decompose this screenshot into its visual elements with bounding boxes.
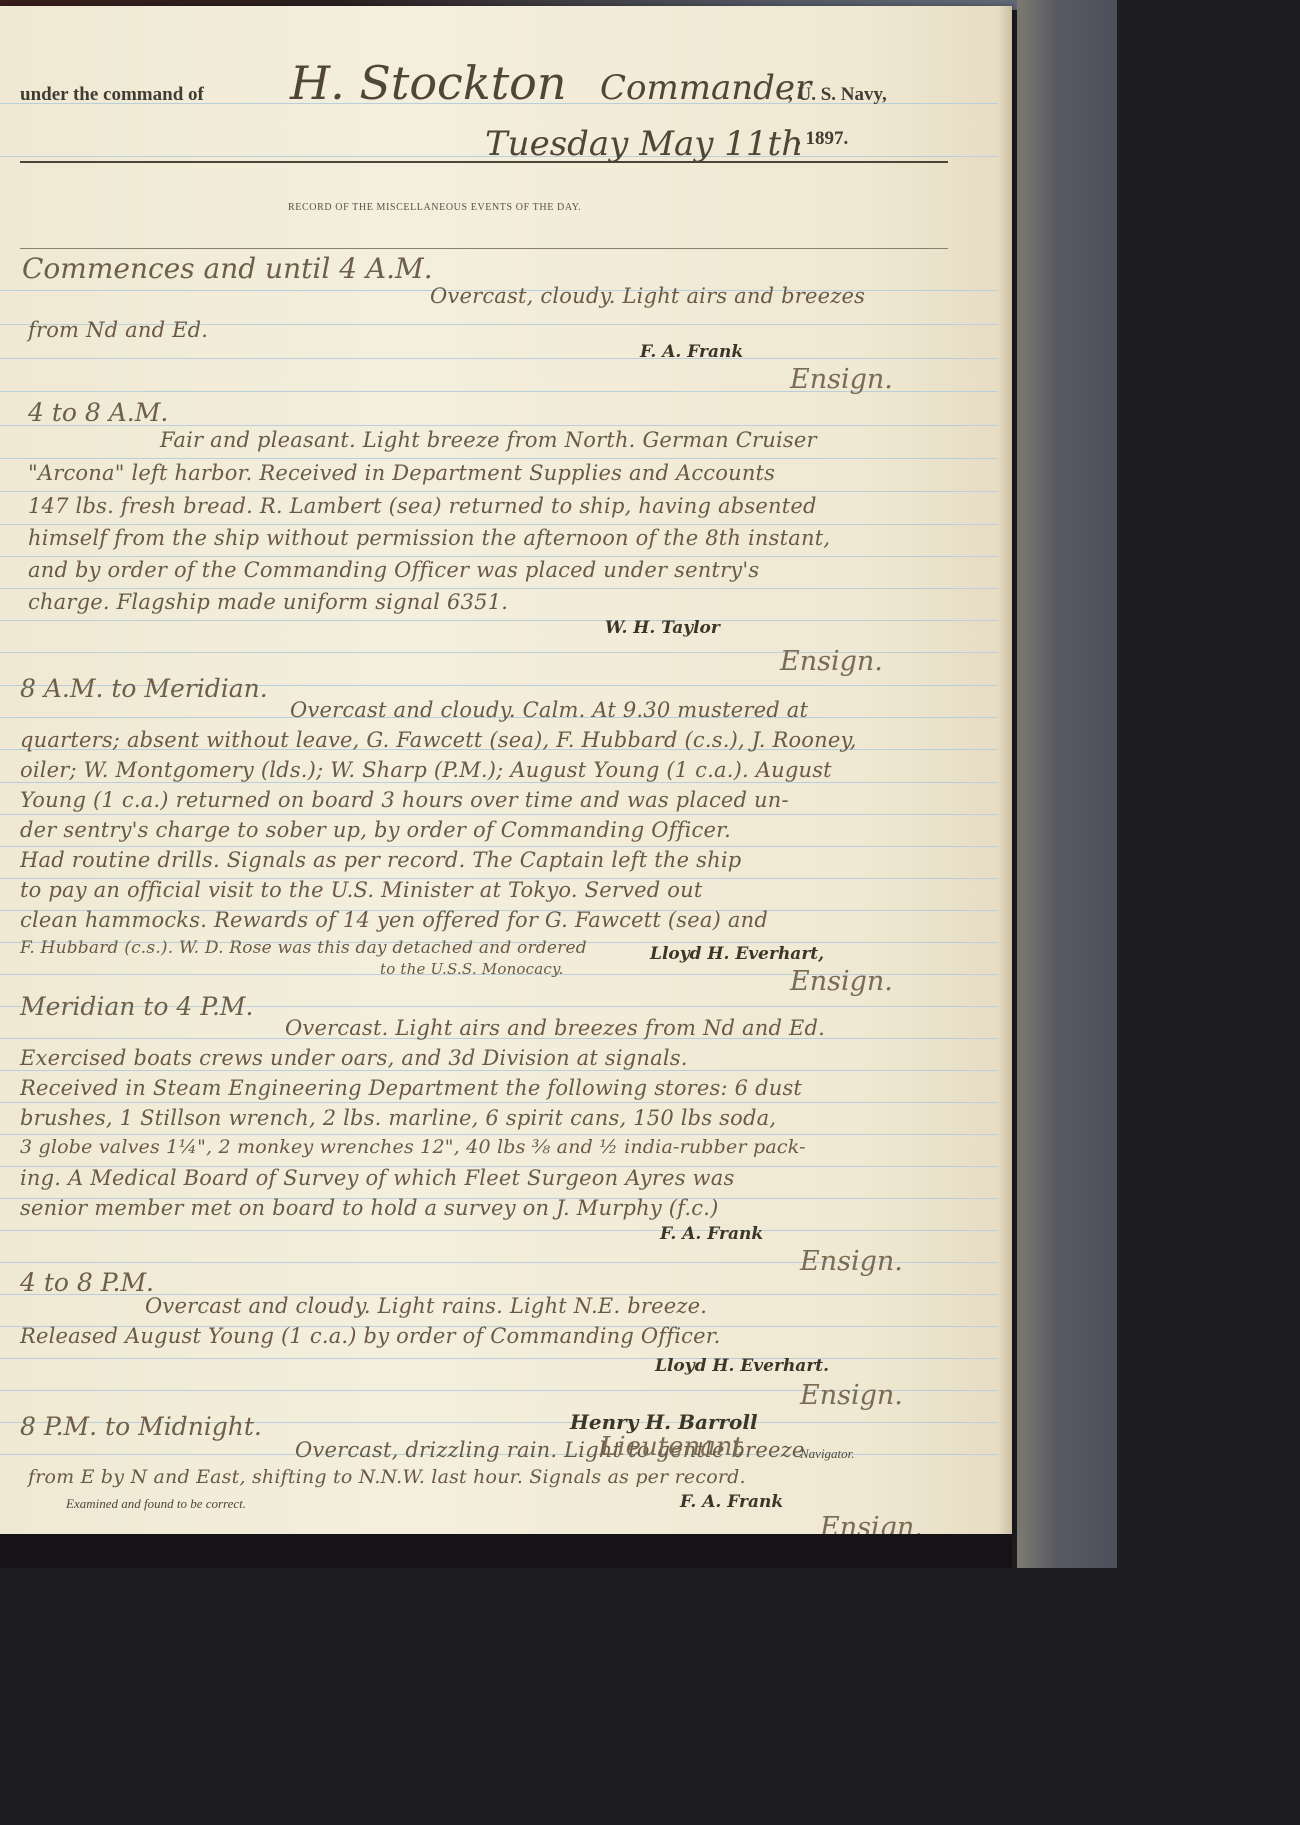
- officer-signature: Lloyd H. Everhart.: [655, 1356, 829, 1376]
- watch-entry-line: Overcast. Light airs and breezes from Nd…: [285, 1016, 825, 1040]
- watch-entry-line: charge. Flagship made uniform signal 635…: [28, 590, 508, 614]
- ruled-line: [0, 1070, 998, 1071]
- officer-signature: Lloyd H. Everhart,: [650, 944, 824, 964]
- ruled-line: [0, 556, 998, 557]
- watch-entry-line: Had routine drills. Signals as per recor…: [20, 848, 741, 872]
- ruled-line: [0, 846, 998, 847]
- watch-period: Meridian to 4 P.M.: [20, 992, 253, 1021]
- watch-entry-line: Exercised boats crews under oars, and 3d…: [20, 1046, 688, 1070]
- ruled-line: [0, 491, 998, 492]
- page-binding-shadow: [998, 6, 1012, 1534]
- ruled-line: [0, 358, 998, 359]
- watch-entry-line: from Nd and Ed.: [28, 318, 208, 342]
- watch-entry-line: clean hammocks. Rewards of 14 yen offere…: [20, 908, 768, 932]
- ruled-line: [0, 620, 998, 621]
- section-rule: [20, 248, 948, 249]
- watch-entry-line: F. Hubbard (c.s.). W. D. Rose was this d…: [20, 938, 587, 958]
- watch-period: 8 A.M. to Meridian.: [20, 674, 268, 703]
- watch-entry-line: and by order of the Commanding Officer w…: [28, 558, 759, 582]
- officer-signature: F. A. Frank: [680, 1492, 783, 1512]
- officer-rank: Ensign.: [780, 646, 883, 677]
- watch-entry-line: Received in Steam Engineering Department…: [20, 1076, 802, 1100]
- ruled-line: [0, 524, 998, 525]
- ruled-line: [0, 1358, 998, 1359]
- examined-note: Examined and found to be correct.: [66, 1496, 246, 1512]
- logbook-page: under the command of H. Stockton Command…: [0, 6, 1012, 1534]
- watch-entry-line: to the U.S.S. Monocacy.: [380, 960, 564, 978]
- watch-entry-line: Released August Young (1 c.a.) by order …: [20, 1324, 721, 1348]
- watch-entry-line: Overcast, drizzling rain. Light to gentl…: [295, 1438, 805, 1462]
- ruled-line: [0, 1134, 998, 1135]
- watch-entry-line: Overcast and cloudy. Light rains. Light …: [145, 1294, 707, 1318]
- watch-period: 4 to 8 P.M.: [20, 1268, 154, 1297]
- watch-entry-line: ing. A Medical Board of Survey of which …: [20, 1166, 734, 1190]
- watch-entry-line: oiler; W. Montgomery (lds.); W. Sharp (P…: [20, 758, 832, 782]
- watch-period: 4 to 8 A.M.: [28, 398, 168, 427]
- photo-backdrop-bottom: [0, 1534, 1012, 1568]
- book-edge: [1017, 0, 1117, 1568]
- watch-entry-line: "Arcona" left harbor. Received in Depart…: [28, 461, 775, 485]
- watch-entry-line: quarters; absent without leave, G. Fawce…: [20, 728, 857, 752]
- header-prefix: under the command of: [20, 84, 204, 106]
- watch-entry-line: senior member met on board to hold a sur…: [20, 1196, 719, 1220]
- ruled-line: [0, 588, 998, 589]
- log-date: Tuesday May 11th: [485, 124, 803, 164]
- log-year: , 1897.: [796, 128, 848, 150]
- section-title: RECORD OF THE MISCELLANEOUS EVENTS OF TH…: [288, 202, 581, 213]
- officer-signature: F. A. Frank: [640, 342, 743, 362]
- watch-period: Commences and until 4 A.M.: [22, 252, 433, 285]
- ruled-line: [0, 1230, 998, 1231]
- watch-entry-line: Overcast and cloudy. Calm. At 9.30 muste…: [290, 698, 808, 722]
- watch-entry-line: to pay an official visit to the U.S. Min…: [20, 878, 702, 902]
- ruled-line: [0, 814, 998, 815]
- header-suffix: , U. S. Navy,: [788, 84, 887, 106]
- ruled-line: [0, 782, 998, 783]
- header-rule: [20, 161, 948, 163]
- commander-name: H. Stockton: [290, 56, 567, 110]
- ruled-line: [0, 1102, 998, 1103]
- watch-entry-line: Overcast, cloudy. Light airs and breezes: [430, 284, 865, 308]
- watch-entry-line: 147 lbs. fresh bread. R. Lambert (sea) r…: [28, 494, 817, 518]
- watch-entry-line: Fair and pleasant. Light breeze from Nor…: [160, 428, 817, 452]
- officer-rank: Ensign.: [800, 1380, 903, 1411]
- officer-signature: W. H. Taylor: [605, 618, 720, 638]
- watch-entry-line: himself from the ship without permission…: [28, 526, 830, 550]
- watch-entry-line: from E by N and East, shifting to N.N.W.…: [28, 1466, 746, 1488]
- watch-entry-line: der sentry's charge to sober up, by orde…: [20, 818, 731, 842]
- ruled-line: [0, 458, 998, 459]
- officer-signature: F. A. Frank: [660, 1224, 763, 1244]
- officer-rank: Ensign.: [790, 364, 893, 395]
- watch-entry-line: brushes, 1 Stillson wrench, 2 lbs. marli…: [20, 1106, 776, 1130]
- officer-rank: Ensign.: [800, 1246, 903, 1277]
- watch-entry-line: 3 globe valves 1¼", 2 monkey wrenches 12…: [20, 1136, 806, 1158]
- commander-rank: Commander: [600, 68, 811, 108]
- officer-rank: Ensign.: [790, 966, 893, 997]
- watch-period: 8 P.M. to Midnight.: [20, 1412, 262, 1441]
- watch-entry-line: Young (1 c.a.) returned on board 3 hours…: [20, 788, 789, 812]
